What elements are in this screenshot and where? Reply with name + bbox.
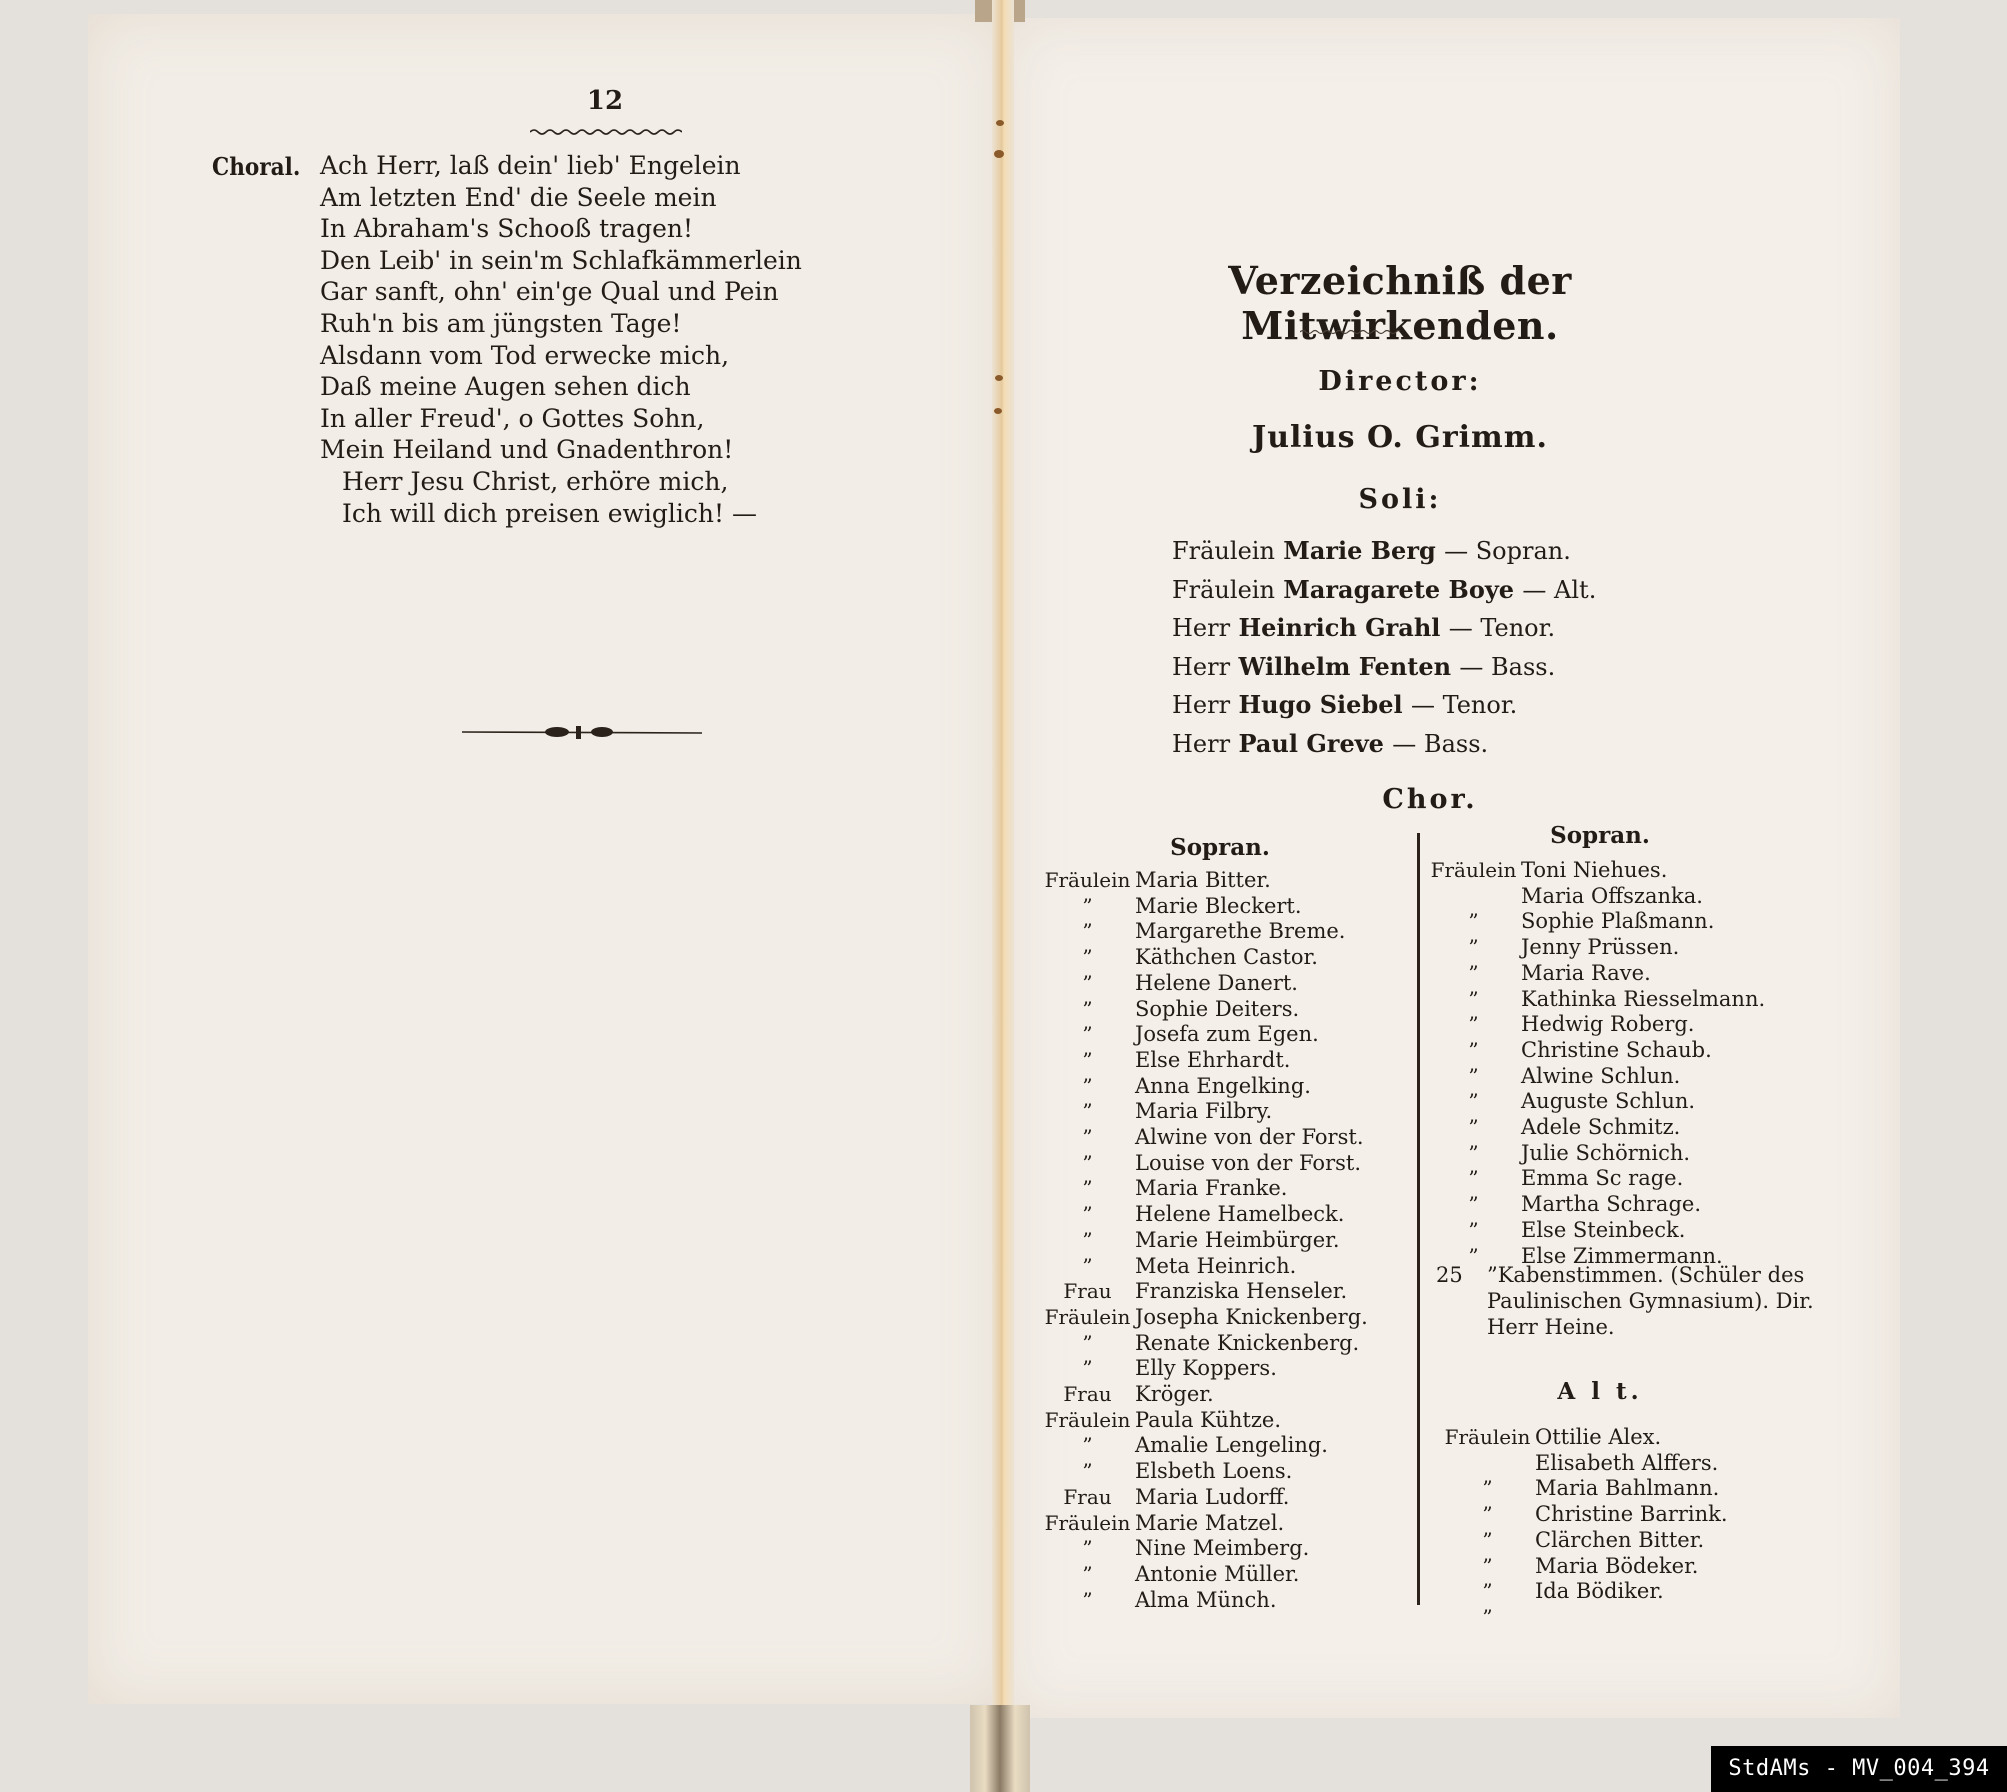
list-item: FräuleinToni Niehues. [1426, 858, 1765, 884]
choral-label: Choral. [212, 152, 300, 181]
list-item: ”Meta Heinrich. [1040, 1254, 1368, 1280]
list-item: ”Elsbeth Loens. [1040, 1459, 1368, 1485]
verse-line: Ich will dich preisen ewiglich! — [320, 498, 802, 530]
list-item: ”Elly Koppers. [1040, 1356, 1368, 1382]
list-item: ”Maria Filbry. [1040, 1099, 1368, 1125]
list-item: ”Margarethe Breme. [1040, 919, 1368, 945]
list-item: ”Maria Rave. [1426, 961, 1765, 987]
list-item: ”Ida Bödiker. [1440, 1579, 1728, 1605]
list-item: ”Maria Bödeker. [1440, 1554, 1728, 1580]
soli-list: Fräulein Marie Berg — Sopran. Fräulein M… [1172, 532, 1596, 763]
list-item: ”Käthchen Castor. [1040, 945, 1368, 971]
verse-line: Daß meine Augen sehen dich [320, 371, 802, 403]
alt-list: FräuleinOttilie Alex. Elisabeth Alffers.… [1440, 1425, 1728, 1631]
verse-line: Ruh'n bis am jüngsten Tage! [320, 308, 802, 340]
list-item: ”Auguste Schlun. [1426, 1089, 1765, 1115]
list-item: ”Louise von der Forst. [1040, 1151, 1368, 1177]
chor-heading: Chor. [1330, 784, 1530, 815]
solo-entry: Herr Wilhelm Fenten — Bass. [1172, 648, 1596, 687]
list-item: Elisabeth Alffers. [1440, 1451, 1728, 1477]
list-item: ”Clärchen Bitter. [1440, 1528, 1728, 1554]
list-item: ”Jenny Prüssen. [1426, 935, 1765, 961]
list-item: FräuleinMaria Bitter. [1040, 868, 1368, 894]
verse-line: Herr Jesu Christ, erhöre mich, [320, 466, 802, 498]
sopran-list-left: FräuleinMaria Bitter. ”Marie Bleckert. ”… [1040, 868, 1368, 1613]
list-item: ”Renate Knickenberg. [1040, 1331, 1368, 1357]
wavy-rule-ornament [530, 128, 682, 136]
list-item: ”Helene Hamelbeck. [1040, 1202, 1368, 1228]
list-item: ”Maria Bahlmann. [1440, 1476, 1728, 1502]
list-item: ”Nine Meimberg. [1040, 1536, 1368, 1562]
stain-mark [994, 150, 1004, 158]
list-item: FräuleinMarie Matzel. [1040, 1511, 1368, 1537]
list-item: ”Emma Sc rage. [1426, 1166, 1765, 1192]
list-item: ”Hedwig Roberg. [1426, 1012, 1765, 1038]
solo-entry: Fräulein Maragarete Boye — Alt. [1172, 571, 1596, 610]
list-item: FräuleinJosepha Knickenberg. [1040, 1305, 1368, 1331]
archive-watermark: StdAMs - MV_004_394 [1711, 1746, 2007, 1792]
list-item: FrauKröger. [1040, 1382, 1368, 1408]
alt-heading: A l t. [1540, 1378, 1660, 1405]
list-item: ”Adele Schmitz. [1426, 1115, 1765, 1141]
choral-verse: Ach Herr, laß dein' lieb' Engelein Am le… [320, 150, 802, 529]
solo-entry: Herr Heinrich Grahl — Tenor. [1172, 609, 1596, 648]
verse-line: In Abraham's Schooß tragen! [320, 213, 802, 245]
page-title: Verzeichniß der Mitwirkenden. [1100, 258, 1700, 348]
list-item: ”Else Ehrhardt. [1040, 1048, 1368, 1074]
column-divider [1417, 833, 1420, 1605]
verse-line: Mein Heiland und Gnadenthron! [320, 434, 802, 466]
divider-ornament [462, 724, 702, 740]
list-item: ”Julie Schörnich. [1426, 1141, 1765, 1167]
list-item: ”Sophie Deiters. [1040, 997, 1368, 1023]
boys-voices-entry: 25 ”Kabenstimmen. (Schüler des Paulinisc… [1432, 1262, 1827, 1340]
book-spine [992, 0, 1014, 1792]
list-item: ”Alwine von der Forst. [1040, 1125, 1368, 1151]
stain-mark [995, 375, 1003, 381]
boys-description: ”Kabenstimmen. (Schüler des Paulinischen… [1432, 1262, 1827, 1340]
verse-line: In aller Freud', o Gottes Sohn, [320, 403, 802, 435]
soli-heading: Soli: [1300, 484, 1500, 515]
list-item: ”Christine Schaub. [1426, 1038, 1765, 1064]
verse-line: Ach Herr, laß dein' lieb' Engelein [320, 150, 802, 182]
page-number: 12 [520, 86, 690, 116]
sopran-list-right: FräuleinToni Niehues. Maria Offszanka. ”… [1426, 858, 1765, 1269]
sopran-heading-left: Sopran. [1120, 834, 1320, 861]
list-item: FrauFranziska Henseler. [1040, 1279, 1368, 1305]
list-item: ”Helene Danert. [1040, 971, 1368, 997]
verse-line: Gar sanft, ohn' ein'ge Qual und Pein [320, 276, 802, 308]
list-item: ”Marie Bleckert. [1040, 894, 1368, 920]
stain-mark [996, 120, 1004, 126]
list-item: ”Josefa zum Egen. [1040, 1022, 1368, 1048]
list-item: FräuleinPaula Kühtze. [1040, 1408, 1368, 1434]
book-spine-bottom [970, 1705, 1030, 1792]
list-item: ”Kathinka Riesselmann. [1426, 987, 1765, 1013]
verse-line: Alsdann vom Tod erwecke mich, [320, 340, 802, 372]
boys-count: 25 [1436, 1262, 1463, 1288]
list-item: ”Amalie Lengeling. [1040, 1433, 1368, 1459]
list-item: ”Marie Heimbürger. [1040, 1228, 1368, 1254]
list-item: ”Alwine Schlun. [1426, 1064, 1765, 1090]
sopran-heading-right: Sopran. [1500, 822, 1700, 849]
director-heading: Director: [1250, 366, 1550, 397]
list-item: ”Sophie Plaßmann. [1426, 909, 1765, 935]
list-item: ”Antonie Müller. [1040, 1562, 1368, 1588]
stain-mark [994, 408, 1002, 414]
wavy-rule-ornament [1300, 328, 1400, 336]
list-item: ”Alma Münch. [1040, 1588, 1368, 1614]
director-name: Julius O. Grimm. [1200, 420, 1600, 455]
solo-entry: Herr Paul Greve — Bass. [1172, 725, 1596, 764]
solo-entry: Herr Hugo Siebel — Tenor. [1172, 686, 1596, 725]
list-item: ”Maria Franke. [1040, 1176, 1368, 1202]
list-item: ” [1440, 1605, 1728, 1631]
list-item: ”Anna Engelking. [1040, 1074, 1368, 1100]
list-item: ”Christine Barrink. [1440, 1502, 1728, 1528]
list-item: FrauMaria Ludorff. [1040, 1485, 1368, 1511]
list-item: ”Martha Schrage. [1426, 1192, 1765, 1218]
list-item: FräuleinOttilie Alex. [1440, 1425, 1728, 1451]
list-item: Maria Offszanka. [1426, 884, 1765, 910]
solo-entry: Fräulein Marie Berg — Sopran. [1172, 532, 1596, 571]
list-item: ”Else Steinbeck. [1426, 1218, 1765, 1244]
verse-line: Den Leib' in sein'm Schlafkämmerlein [320, 245, 802, 277]
verse-line: Am letzten End' die Seele mein [320, 182, 802, 214]
